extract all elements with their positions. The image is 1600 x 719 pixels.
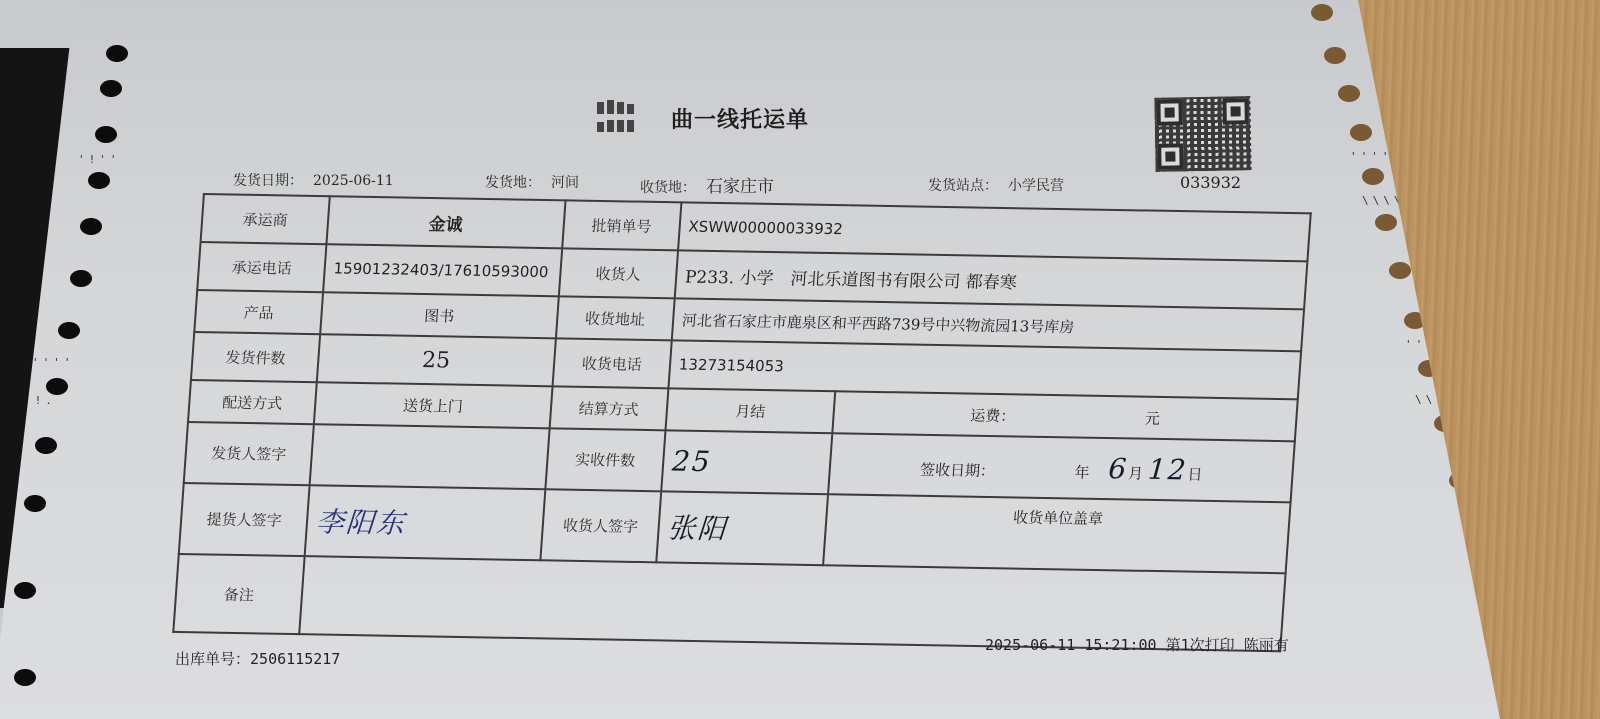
product-label: 产品 xyxy=(194,290,323,334)
tractor-hole-right xyxy=(1350,124,1372,141)
outbound-number-label: 出库单号： xyxy=(175,650,250,668)
freight-unit: 元 xyxy=(1144,409,1160,427)
shipper-signature-label: 发货人签字 xyxy=(184,422,314,485)
consignee-signature-label: 收货人签字 xyxy=(540,489,661,562)
consignee-phone-label: 收货电话 xyxy=(552,338,671,388)
tractor-hole-left xyxy=(24,495,46,512)
company-stamp-area: 收货单位盖章 xyxy=(823,494,1290,573)
tractor-hole-right xyxy=(1311,4,1333,21)
delivery-method-value: 送货上门 xyxy=(314,382,552,428)
destination-label: 收货地： xyxy=(640,180,696,196)
ship-date-field: 发货日期：2025-06-11 xyxy=(233,170,394,190)
tractor-hole-left xyxy=(35,437,57,454)
perforation-mark: '!'' xyxy=(78,153,121,166)
package-count-label: 发货件数 xyxy=(191,332,320,382)
ship-date-label: 发货日期： xyxy=(233,173,303,189)
tractor-hole-left xyxy=(95,126,117,143)
tractor-hole-right xyxy=(1362,168,1384,185)
settlement-method-value: 月结 xyxy=(665,388,835,433)
package-count-value: 25 xyxy=(317,334,556,386)
station-value: 小学民营 xyxy=(1008,178,1064,194)
received-count-label: 实收件数 xyxy=(545,428,665,491)
destination-value: 石家庄市 xyxy=(706,177,774,197)
origin-field: 发货地：河间 xyxy=(485,172,579,192)
print-info: 2025-06-11 15:21:00 第1次打印 陈丽有 xyxy=(985,634,1289,655)
freight-label: 运费： xyxy=(970,406,1016,425)
form-header: 曲一线托运单 xyxy=(595,100,809,136)
tractor-hole-left xyxy=(88,172,110,189)
settlement-method-label: 结算方式 xyxy=(549,386,668,430)
perforation-mark: '''' xyxy=(1350,150,1393,163)
ship-date-value: 2025-06-11 xyxy=(313,173,394,189)
carrier-label: 承运商 xyxy=(201,194,330,244)
delivery-method-label: 配送方式 xyxy=(188,380,317,424)
tractor-hole-left xyxy=(100,80,122,97)
outbound-number-field: 出库单号：2506115217 xyxy=(175,648,340,669)
pickup-signature-handwritten: 李阳东 xyxy=(305,485,546,561)
tractor-hole-right xyxy=(1324,47,1346,64)
outbound-number-value: 2506115217 xyxy=(250,650,340,668)
consignment-table: 承运商 金诚 批销单号 XSWW00000033932 承运电话 1590123… xyxy=(172,193,1312,652)
sign-date-month-handwritten: 6 xyxy=(1107,452,1129,485)
destination-field: 收货地：石家庄市 xyxy=(640,172,774,197)
tractor-hole-right xyxy=(1338,85,1360,102)
perforation-mark: :!. xyxy=(24,394,56,407)
tractor-hole-right xyxy=(1375,214,1397,231)
carrier-phone-value: 15901232403/17610593000 xyxy=(323,244,562,296)
station-label: 发货站点： xyxy=(928,178,998,194)
sign-date-month-label: 月 xyxy=(1127,464,1143,482)
freight-value xyxy=(1020,421,1140,423)
order-number-label: 批销单号 xyxy=(562,200,681,250)
print-count: 第1次打印 xyxy=(1166,636,1235,654)
perforation-mark: '''' xyxy=(32,356,75,369)
remarks-label: 备注 xyxy=(173,554,304,634)
qr-code xyxy=(1154,96,1251,172)
document-title: 曲一线托运单 xyxy=(671,103,809,134)
carrier-value: 金诚 xyxy=(326,196,565,248)
operator-name: 陈丽有 xyxy=(1244,636,1289,654)
received-count-handwritten: 25 xyxy=(661,430,833,493)
origin-label: 发货地： xyxy=(485,175,541,191)
sign-date-year-label: 年 xyxy=(1074,463,1090,481)
pickup-signature-label: 提货人签字 xyxy=(179,483,310,557)
company-logo-icon xyxy=(595,100,643,136)
tractor-hole-left xyxy=(14,669,36,686)
tractor-hole-left xyxy=(14,582,36,599)
sign-date-day-handwritten: 12 xyxy=(1147,453,1189,487)
shipper-signature-value xyxy=(310,424,550,489)
tractor-hole-left xyxy=(70,270,92,287)
tractor-hole-left xyxy=(46,378,68,395)
origin-value: 河间 xyxy=(551,175,579,191)
print-timestamp: 2025-06-11 15:21:00 xyxy=(985,636,1157,654)
sign-date-field: 签收日期： 年 6月 12日 xyxy=(828,433,1294,502)
sign-date-label: 签收日期： xyxy=(919,461,995,480)
serial-number: 033932 xyxy=(1180,173,1241,192)
tractor-hole-left xyxy=(58,322,80,339)
consignee-signature-handwritten: 张阳 xyxy=(656,491,828,565)
delivery-address-label: 收货地址 xyxy=(556,297,675,341)
carrier-phone-label: 承运电话 xyxy=(197,242,326,292)
tractor-hole-left xyxy=(80,218,102,235)
product-value: 图书 xyxy=(320,292,558,338)
consignee-label: 收货人 xyxy=(558,248,677,298)
station-field: 发货站点：小学民营 xyxy=(928,175,1064,195)
sign-date-day-label: 日 xyxy=(1187,465,1203,483)
tractor-hole-left xyxy=(106,45,128,62)
tractor-hole-right xyxy=(1389,262,1411,279)
